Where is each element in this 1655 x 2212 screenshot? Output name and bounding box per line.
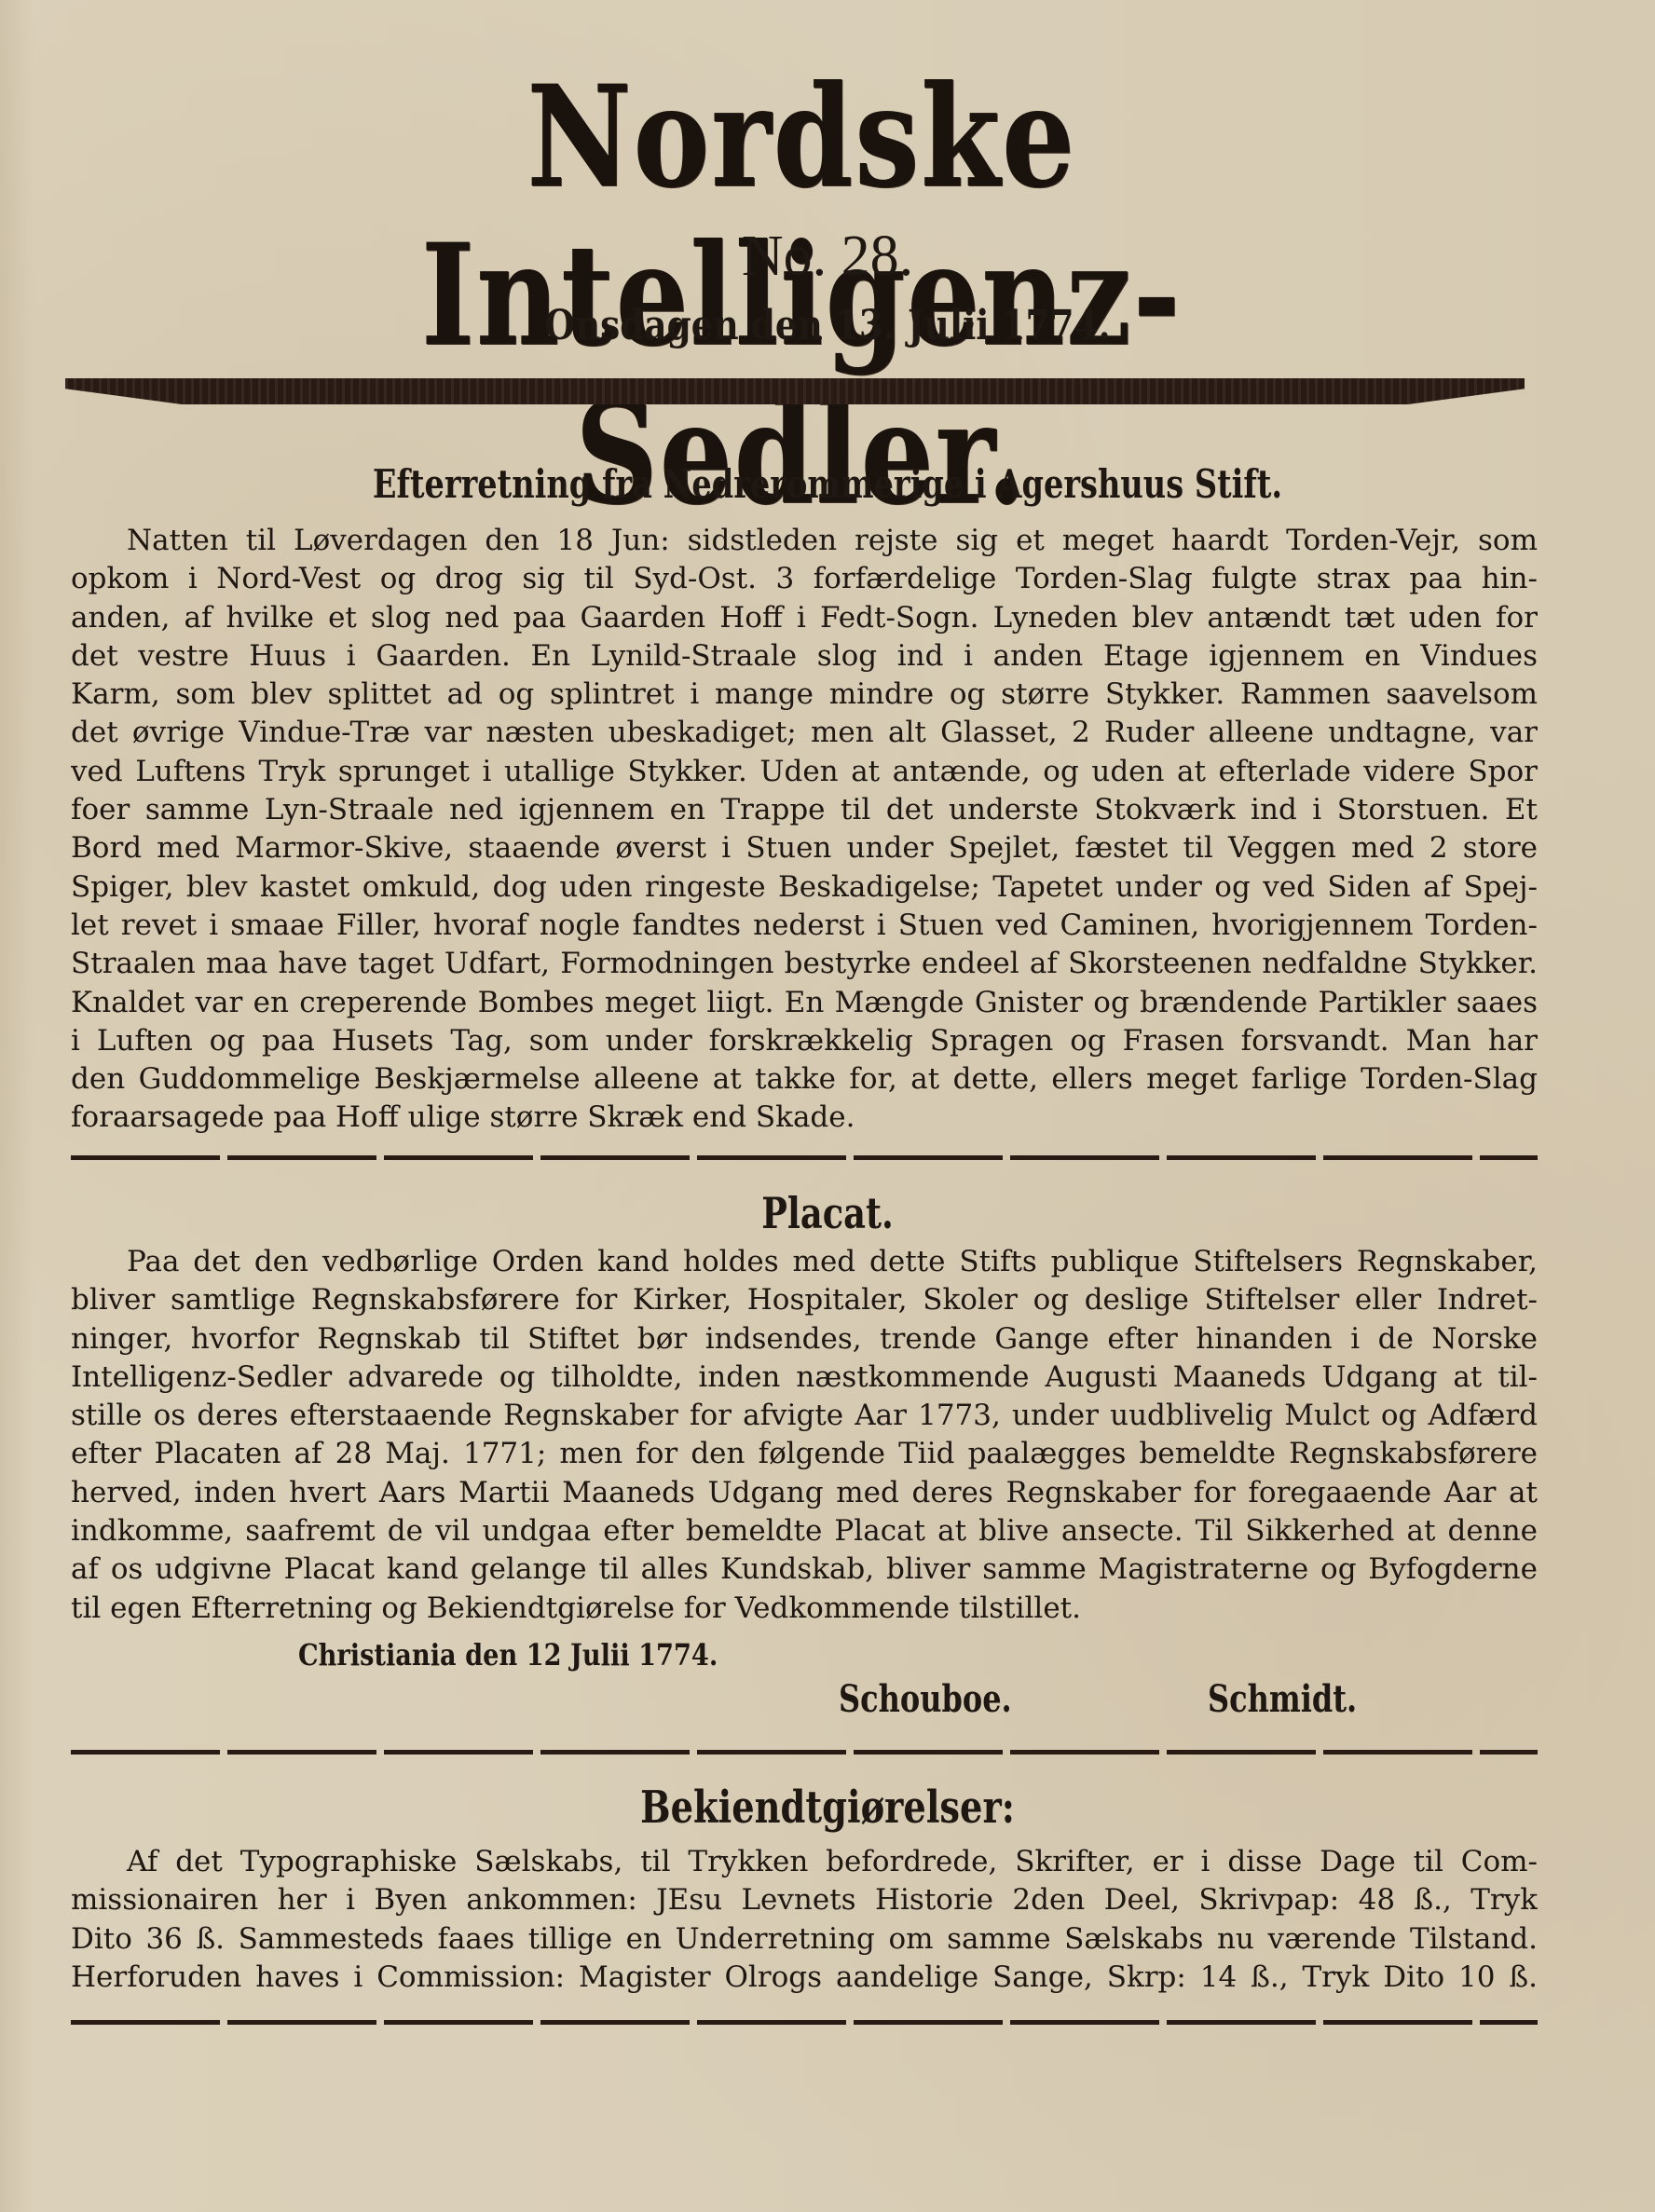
text-line: anden, af hvilke et slog ned paa Gaarden… bbox=[71, 599, 1538, 637]
article-body-bekiendtgiorelser: Af det Typographiske Sælskabs, til Trykk… bbox=[71, 1843, 1538, 1997]
text-line: foer samme Lyn-Straale ned igjennem en T… bbox=[71, 791, 1538, 829]
text-line: foraarsagede paa Hoff ulige større Skræk… bbox=[71, 1099, 1538, 1137]
text-line: Bord med Marmor-Skive, staaende øverst i… bbox=[71, 829, 1538, 867]
issue-number: No. 28. bbox=[0, 224, 1655, 289]
signature-schouboe: Schouboe. bbox=[839, 1677, 1012, 1721]
section-divider bbox=[71, 1155, 1538, 1160]
masthead-rule bbox=[65, 378, 1525, 404]
text-line: Knaldet var en creperende Bombes meget l… bbox=[71, 984, 1538, 1022]
text-line: opkom i Nord-Vest og drog sig til Syd-Os… bbox=[71, 560, 1538, 598]
text-line: efter Placaten af 28 Maj. 1771; men for … bbox=[71, 1435, 1538, 1473]
text-line: stille os deres efterstaaende Regnskaber… bbox=[71, 1397, 1538, 1435]
text-line: Spiger, blev kastet omkuld, dog uden rin… bbox=[71, 868, 1538, 907]
text-line: Herforuden haves i Commission: Magister … bbox=[71, 1959, 1538, 1997]
text-line: i Luften og paa Husets Tag, som under fo… bbox=[71, 1022, 1538, 1060]
text-line: let revet i smaae Filler, hvoraf nogle f… bbox=[71, 907, 1538, 945]
text-line: det øvrige Vindue-Træ var næsten ubeskad… bbox=[71, 714, 1538, 752]
text-line: Intelligenz-Sedler advarede og tilholdte… bbox=[71, 1359, 1538, 1397]
issue-date: Onsdagen den 13. Julii 1774. bbox=[124, 300, 1531, 352]
text-line: Straalen maa have taget Udfart, Formodni… bbox=[71, 945, 1538, 983]
text-line: bliver samtlige Regnskabsførere for Kirk… bbox=[71, 1281, 1538, 1319]
text-line: den Guddommelige Beskjærmelse alleene at… bbox=[71, 1060, 1538, 1099]
article-body-placat: Paa det den vedbørlige Orden kand holdes… bbox=[71, 1243, 1538, 1628]
text-line: det vestre Huus i Gaarden. En Lynild-Str… bbox=[71, 637, 1538, 676]
text-line: Paa det den vedbørlige Orden kand holdes… bbox=[71, 1243, 1538, 1281]
text-line: Dito 36 ß. Sammesteds faaes tillige en U… bbox=[71, 1920, 1538, 1959]
text-line: missionairen her i Byen ankommen: JEsu L… bbox=[71, 1881, 1538, 1919]
text-line: af os udgivne Placat kand gelange til al… bbox=[71, 1550, 1538, 1589]
article-title-efterretning: Efterretning fra Nedrerommerige i Agersh… bbox=[166, 458, 1490, 511]
text-line: Karm, som blev splittet ad og splintret … bbox=[71, 676, 1538, 714]
text-line: Natten til Løverdagen den 18 Jun: sidstl… bbox=[71, 522, 1538, 560]
article-title-bekiendtgiorelser: Bekiendtgiørelser: bbox=[166, 1778, 1490, 1837]
newspaper-page: Nordske Intelligenz-Sedler. No. 28. Onsd… bbox=[0, 0, 1655, 2212]
article-body-efterretning: Natten til Løverdagen den 18 Jun: sidstl… bbox=[71, 522, 1538, 1138]
text-line: ninger, hvorfor Regnskab til Stiftet bør… bbox=[71, 1320, 1538, 1359]
text-line: ved Luftens Tryk sprunget i utallige Sty… bbox=[71, 753, 1538, 791]
text-line: til egen Efterretning og Bekiendtgiørels… bbox=[71, 1590, 1538, 1628]
placat-place-date: Christiania den 12 Julii 1774. bbox=[298, 1637, 718, 1673]
section-divider bbox=[71, 1750, 1538, 1755]
text-line: indkomme, saafremt de vil undgaa efter b… bbox=[71, 1512, 1538, 1550]
text-line: herved, inden hvert Aars Martii Maaneds … bbox=[71, 1474, 1538, 1512]
signature-schmidt: Schmidt. bbox=[1208, 1677, 1357, 1721]
section-divider bbox=[71, 2020, 1538, 2025]
text-line: Af det Typographiske Sælskabs, til Trykk… bbox=[71, 1843, 1538, 1881]
article-title-placat: Placat. bbox=[166, 1185, 1490, 1241]
